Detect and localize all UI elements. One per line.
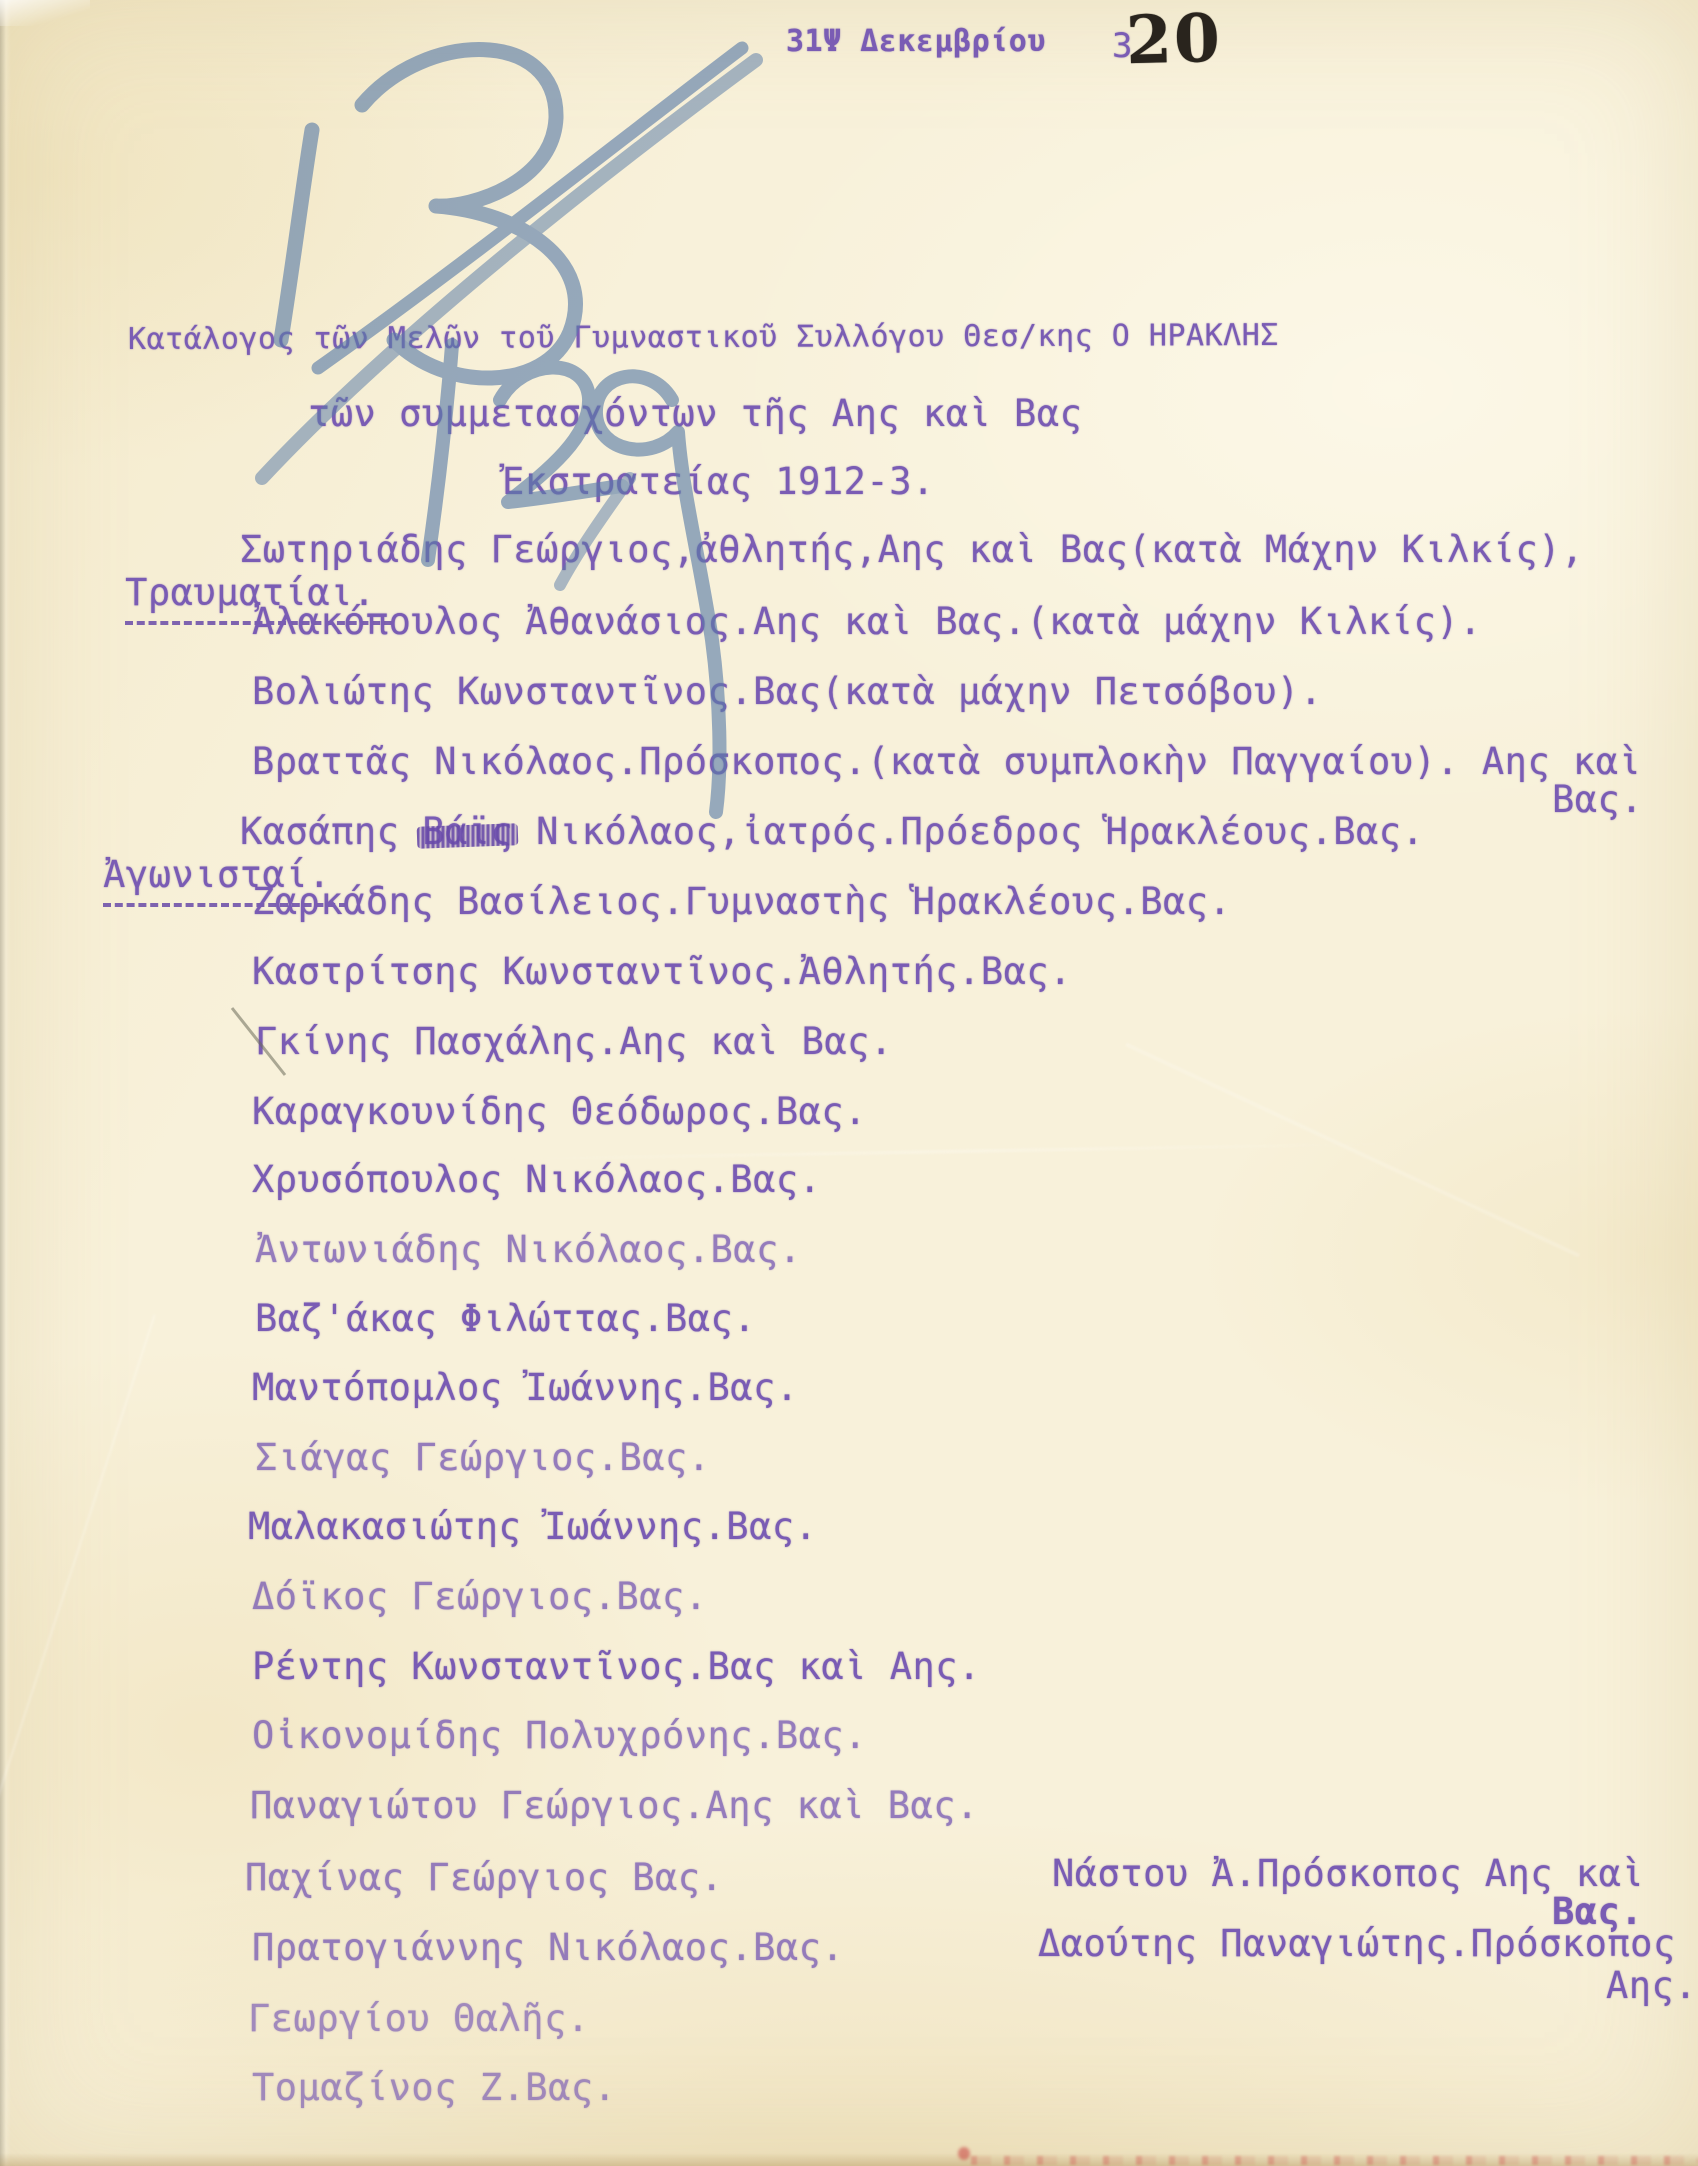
red-ink-dot: [958, 2147, 970, 2160]
title-line-1: Κατάλογος τῶν Μελῶν τοῦ Γυμναστικοῦ Συλλ…: [128, 318, 1279, 357]
paper-corner: [0, 0, 90, 26]
document-scan: 31Ψ Δεκεμβρίου 3 20 Κατάλογος τῶν Μελῶν …: [0, 0, 1698, 2166]
entry-traumatiai-3: Βολιώτης Κωνσταντῖνος.Βας(κατὰ μάχην Πετ…: [252, 670, 1322, 713]
date-note: 31Ψ Δεκεμβρίου: [786, 24, 1046, 59]
crossed-out-word: Βάϊς: [422, 810, 513, 853]
entry-agonistai-9: Σιάγας Γεώργιος.Βας.: [255, 1436, 711, 1479]
side-entry-1: Νάστου Ἀ.Πρόσκοπος Αης καὶ: [1052, 1852, 1644, 1895]
title-line-2: τῶν συμμετασχόντων τῆς Αης καὶ Βας: [308, 392, 1082, 435]
entry-agonistai-10: Μαλακασιώτης Ἰωάννης.Βας.: [248, 1505, 817, 1548]
paper-crease: [1125, 1042, 1580, 1258]
entry-agonistai-7: Βαζ'άκας Φιλώττας.Βας.: [255, 1297, 756, 1340]
entry-agonistai-14: Παναγιώτου Γεώργιος.Αης καὶ Βας.: [250, 1784, 979, 1827]
entry-agonistai-1: Ζαρκάδης Βασίλειος.Γυμναστὴς Ἡρακλέους.Β…: [252, 880, 1231, 923]
entry-agonistai-2: Καστρίτσης Κωνσταντῖνος.Ἀθλητής.Βας.: [252, 950, 1072, 993]
entry-agonistai-5: Χρυσόπουλος Νικόλαος.Βας.: [252, 1158, 821, 1201]
red-ink-smudge: [958, 2156, 1698, 2165]
entry-agonistai-13: Οἰκονομίδης Πολυχρόνης.Βας.: [252, 1714, 867, 1757]
paper-crease: [0, 1314, 157, 1886]
entry-agonistai-6: Ἀντωνιάδης Νικόλαος.Βας.: [255, 1228, 802, 1271]
entry-traumatiai-2: Ἀλακόπουλος Ἀθανάσιος.Αης καὶ Βας.(κατὰ …: [252, 600, 1482, 643]
entry-traumatiai-1: Σωτηριάδης Γεώργιος,ἀθλητής,Αης καὶ Βας(…: [240, 528, 1584, 571]
entry-text: Κασάπης: [240, 810, 422, 853]
title-line-3: Ἐκστρατείας 1912-3.: [502, 460, 935, 503]
side-entry-2: Δαούτης Παναγιώτης.Πρόσκοπος: [1038, 1922, 1676, 1965]
entry-agonistai-16: Πρατογιάννης Νικόλαος.Βας.: [252, 1926, 844, 1969]
side-entry-2-continuation: Αης.: [1606, 1964, 1697, 2007]
entry-text: Νικόλαος,ἰατρός.Πρόεδρος Ἡρακλέους.Βας.: [513, 810, 1424, 853]
entry-agonistai-0: Κασάπης Βάϊς Νικόλαος,ἰατρός.Πρόεδρος Ἡρ…: [240, 810, 1424, 853]
entry-traumatiai-4-continuation: Βας.: [1552, 778, 1643, 821]
paper-left-edge: [0, 0, 11, 2166]
entry-agonistai-11: Δόϊκος Γεώργιος.Βας.: [252, 1575, 708, 1618]
entry-agonistai-18: Τομαζίνος Ζ.Βας.: [252, 2066, 616, 2109]
entry-agonistai-4: Καραγκουνίδης Θεόδωρος.Βας.: [252, 1090, 867, 1133]
entry-traumatiai-4: Βραττᾶς Νικόλαος.Πρόσκοπος.(κατὰ συμπλοκ…: [252, 740, 1641, 783]
entry-agonistai-17: Γεωργίου Θαλῆς.: [248, 1997, 590, 2040]
entry-agonistai-8: Μαντόπομλος Ἰωάννης.Βας.: [252, 1366, 799, 1409]
entry-agonistai-15: Παχίνας Γεώργιος Βας.: [245, 1856, 723, 1899]
entry-agonistai-3: Γκίνης Πασχάλης.Αης καὶ Βας.: [255, 1020, 893, 1063]
entry-agonistai-12: Ρέντης Κωνσταντῖνος.Βας καὶ Αης.: [252, 1645, 981, 1688]
page-number-stamp: 20: [1125, 0, 1223, 79]
